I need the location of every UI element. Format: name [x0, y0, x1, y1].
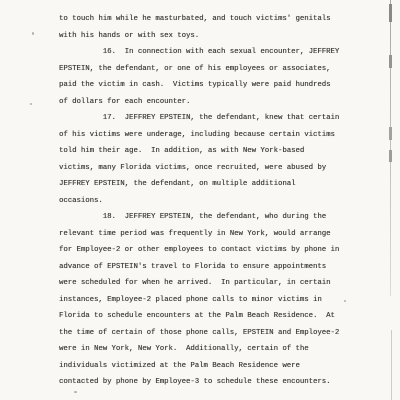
scan-speck [344, 300, 346, 302]
scan-edge-line-bottom [391, 330, 392, 400]
scan-speck [30, 103, 32, 105]
scan-mark [389, 4, 392, 22]
scan-mark [389, 55, 392, 68]
scan-speck [74, 391, 77, 393]
scan-speck [32, 32, 34, 35]
scan-mark [389, 127, 392, 140]
scan-edge-line [390, 0, 391, 296]
scan-mark [389, 150, 392, 162]
scanned-document-page: to touch him while he masturbated, and t… [0, 0, 400, 400]
document-text: to touch him while he masturbated, and t… [59, 11, 339, 391]
